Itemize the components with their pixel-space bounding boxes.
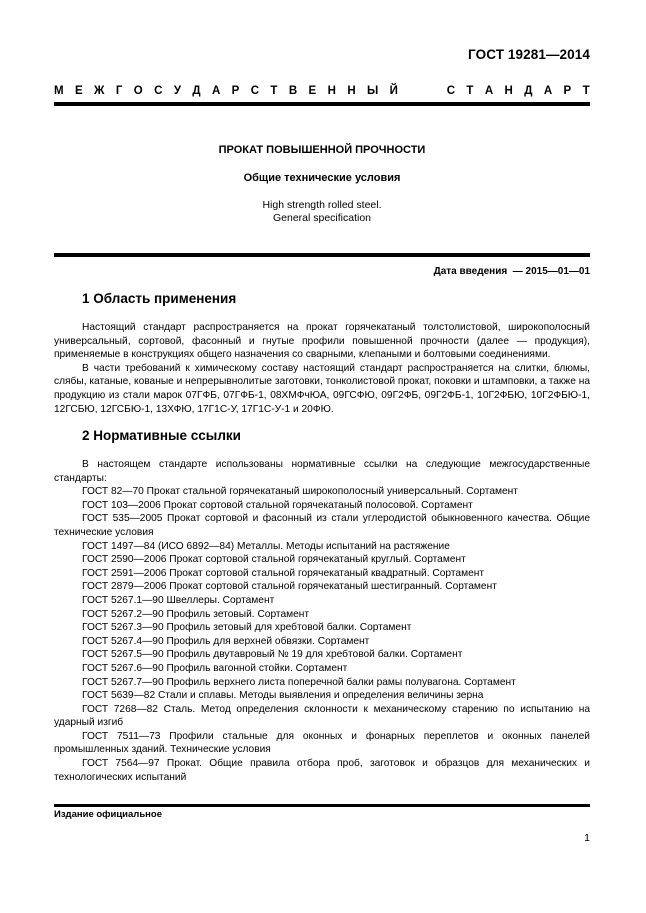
reference-item: ГОСТ 82—70 Прокат стальной горячекатаный… bbox=[54, 485, 590, 499]
category-letter: Т bbox=[466, 85, 473, 97]
category-letter: Т bbox=[270, 85, 277, 97]
paragraph: Настоящий стандарт распространяется на п… bbox=[54, 321, 590, 362]
document-title: ПРОКАТ ПОВЫШЕННОЙ ПРОЧНОСТИ bbox=[54, 144, 590, 156]
category-letter: В bbox=[289, 85, 297, 97]
section-heading: 1 Область применения bbox=[82, 291, 236, 306]
standard-category-title: М Е Ж Г О С У Д А Р С Т В Е Н Н Ы Й С Т … bbox=[54, 85, 590, 97]
category-letter: Р bbox=[232, 85, 240, 97]
category-letter: Й bbox=[390, 85, 398, 97]
reference-item: ГОСТ 5267.2—90 Профиль зетовый. Сортамен… bbox=[54, 608, 590, 622]
category-letter: У bbox=[174, 85, 181, 97]
reference-item: ГОСТ 5267.7—90 Профиль верхнего листа по… bbox=[54, 676, 590, 690]
category-letter: Д bbox=[192, 85, 200, 97]
section-body-scope: Настоящий стандарт распространяется на п… bbox=[54, 321, 590, 416]
category-letter: Н bbox=[347, 85, 355, 97]
category-letter: С bbox=[251, 85, 259, 97]
category-letter: Ы bbox=[367, 85, 378, 97]
category-letter: Н bbox=[505, 85, 513, 97]
category-letter: Ж bbox=[94, 85, 104, 97]
paragraph: В настоящем стандарте использованы норма… bbox=[54, 458, 590, 485]
reference-item: ГОСТ 103—2006 Прокат сортовой стальной г… bbox=[54, 499, 590, 513]
word-gap bbox=[409, 85, 435, 97]
reference-item: ГОСТ 5267.6—90 Профиль вагонной стойки. … bbox=[54, 662, 590, 676]
introduction-date: Дата введения — 2015—01—01 bbox=[434, 266, 590, 277]
category-letter: Е bbox=[75, 85, 83, 97]
reference-item: ГОСТ 7564—97 Прокат. Общие правила отбор… bbox=[54, 757, 590, 784]
category-letter: А bbox=[544, 85, 552, 97]
category-letter: Р bbox=[564, 85, 572, 97]
reference-item: ГОСТ 7511—73 Профили стальные для оконны… bbox=[54, 730, 590, 757]
english-title-line: General specification bbox=[54, 212, 590, 225]
category-letter: С bbox=[447, 85, 455, 97]
reference-item: ГОСТ 2590—2006 Прокат сортовой стальной … bbox=[54, 553, 590, 567]
reference-item: ГОСТ 1497—84 (ИСО 6892—84) Металлы. Мето… bbox=[54, 540, 590, 554]
reference-item: ГОСТ 2591—2006 Прокат сортовой стальной … bbox=[54, 567, 590, 581]
category-letter: Т bbox=[583, 85, 590, 97]
english-title: High strength rolled steel. General spec… bbox=[54, 199, 590, 225]
category-letter: О bbox=[134, 85, 143, 97]
reference-item: ГОСТ 5639—82 Стали и сплавы. Методы выяв… bbox=[54, 689, 590, 703]
paragraph: В части требований к химическому составу… bbox=[54, 362, 590, 416]
reference-item: ГОСТ 5267.4—90 Профиль для верхней обвяз… bbox=[54, 635, 590, 649]
category-letter: Е bbox=[309, 85, 317, 97]
footer-rule bbox=[54, 804, 590, 807]
reference-item: ГОСТ 5267.5—90 Профиль двутавровый № 19 … bbox=[54, 648, 590, 662]
title-rule bbox=[54, 253, 590, 257]
edition-label: Издание официальное bbox=[54, 809, 162, 820]
category-letter: С bbox=[154, 85, 162, 97]
document-subtitle: Общие технические условия bbox=[54, 172, 590, 184]
category-letter: М bbox=[54, 85, 64, 97]
category-letter: А bbox=[212, 85, 220, 97]
header-rule bbox=[54, 102, 590, 106]
reference-item: ГОСТ 535—2005 Прокат сортовой и фасонный… bbox=[54, 512, 590, 539]
english-title-line: High strength rolled steel. bbox=[54, 199, 590, 212]
category-letter: Н bbox=[328, 85, 336, 97]
reference-item: ГОСТ 7268—82 Сталь. Метод определения ск… bbox=[54, 703, 590, 730]
category-letter: Д bbox=[524, 85, 532, 97]
page-number: 1 bbox=[584, 832, 590, 844]
category-letter: А bbox=[485, 85, 493, 97]
document-number: ГОСТ 19281—2014 bbox=[468, 47, 590, 62]
category-letter: Г bbox=[116, 85, 123, 97]
reference-item: ГОСТ 2879—2006 Прокат сортовой стальной … bbox=[54, 580, 590, 594]
document-page: ГОСТ 19281—2014 М Е Ж Г О С У Д А Р С Т … bbox=[0, 0, 646, 913]
reference-item: ГОСТ 5267.3—90 Профиль зетовый для хребт… bbox=[54, 621, 590, 635]
reference-item: ГОСТ 5267.1—90 Швеллеры. Сортамент bbox=[54, 594, 590, 608]
section-heading: 2 Нормативные ссылки bbox=[82, 428, 241, 443]
section-body-references: В настоящем стандарте использованы норма… bbox=[54, 458, 590, 784]
